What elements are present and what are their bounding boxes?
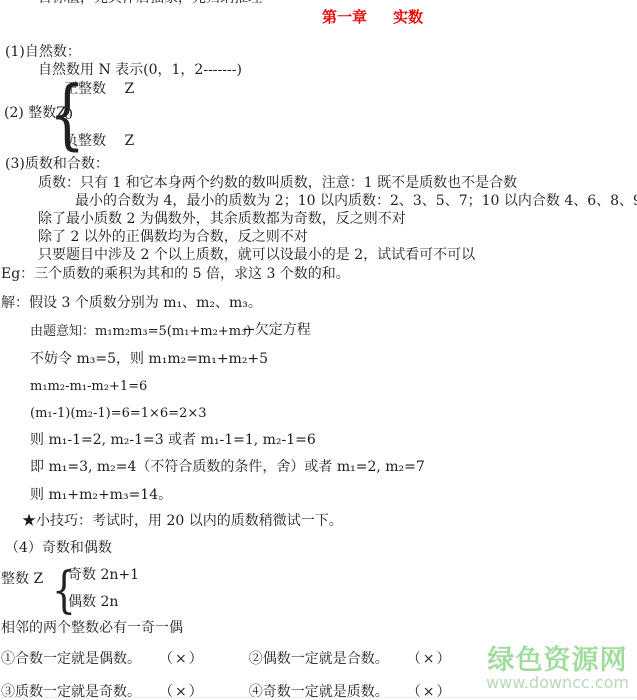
watermark: 绿色资源网 www.downcc.com <box>486 647 629 692</box>
example-line: Eg：三个质数的乘积为其和的 5 倍，求这 3 个数的和。 <box>1 267 350 282</box>
solution-step-4: m₁m₂-m₁-m₂+1=6 <box>30 379 147 394</box>
section1-heading: (1)自然数： <box>5 45 81 60</box>
section2-item-negative: 负整数 Z <box>64 134 134 149</box>
solution-step-2-annotation: ←欠定方程 <box>243 323 311 338</box>
statement-2-mark: （×） <box>407 648 453 668</box>
solution-step-2-formula: 由题意知：m₁m₂m₃=5(m₁+m₂+m₃) <box>30 324 251 339</box>
section4-note: 相邻的两个整数必有一奇一偶 <box>1 621 183 636</box>
chapter-label: 第一章 <box>322 6 367 27</box>
solution-step-1: 解：假设 3 个质数分别为 m₁、m₂、m₃。 <box>1 296 262 311</box>
chapter-title: 第一章 实数 <box>322 6 423 27</box>
page-bottom-divider <box>0 697 637 698</box>
watermark-site-url: www.downcc.com <box>486 675 629 692</box>
section3-line-4: 除了 2 以外的正偶数均为合数，反之则不对 <box>38 230 308 245</box>
section4-heading: （4）奇数和偶数 <box>5 541 112 556</box>
section4-label: 整数 Z <box>1 572 43 587</box>
statement-2-text: ②偶数一定就是合数。 <box>249 648 389 668</box>
chapter-name: 实数 <box>393 6 423 27</box>
watermark-site-name: 绿色资源网 <box>486 647 629 675</box>
section3-line-1: 质数：只有 1 和它本身两个约数的数叫质数，注意：1 既不是质数也不是合数 <box>38 176 517 191</box>
solution-step-8: 则 m₁+m₂+m₃=14。 <box>30 488 172 503</box>
section2-item-zero: 0 <box>64 108 73 123</box>
section3-heading: (3)质数和合数： <box>5 157 109 172</box>
section2-item-positive: 正整数 Z <box>64 82 134 97</box>
tip-line: ★小技巧：考试时，用 20 以内的质数稍微试一下。 <box>22 514 343 529</box>
section4-item-even: 偶数 2n <box>68 595 118 610</box>
solution-step-3: 不妨令 m₃=5，则 m₁m₂=m₁+m₂+5 <box>30 352 268 367</box>
statement-1-text: ①合数一定就是偶数。 <box>1 648 141 668</box>
clipped-top-line: 目标值，先具体后抽象，先归纳推理 <box>38 0 262 6</box>
section3-line-3: 除了最小质数 2 为偶数外，其余质数都为奇数，反之则不对 <box>38 212 406 227</box>
statement-1-mark: （×） <box>159 648 205 668</box>
statement-row-1: ①合数一定就是偶数。 （×） ②偶数一定就是合数。 （×） <box>1 648 496 668</box>
section3-line-2: 最小的合数为 4，最小的质数为 2；10 以内质数：2、3、5、7；10 以内合… <box>75 194 637 209</box>
section3-line-5: 只要题目中涉及 2 个以上质数，就可以设最小的是 2，试试看可不可以 <box>38 248 475 263</box>
section4-item-odd: 奇数 2n+1 <box>68 568 139 583</box>
solution-step-5: (m₁-1)(m₂-1)=6=1×6=2×3 <box>30 406 207 421</box>
solution-step-6: 则 m₁-1=2, m₂-1=3 或者 m₁-1=1, m₂-1=6 <box>30 433 316 448</box>
solution-step-7: 即 m₁=3, m₂=4（不符合质数的条件，舍）或者 m₁=2, m₂=7 <box>30 460 425 475</box>
